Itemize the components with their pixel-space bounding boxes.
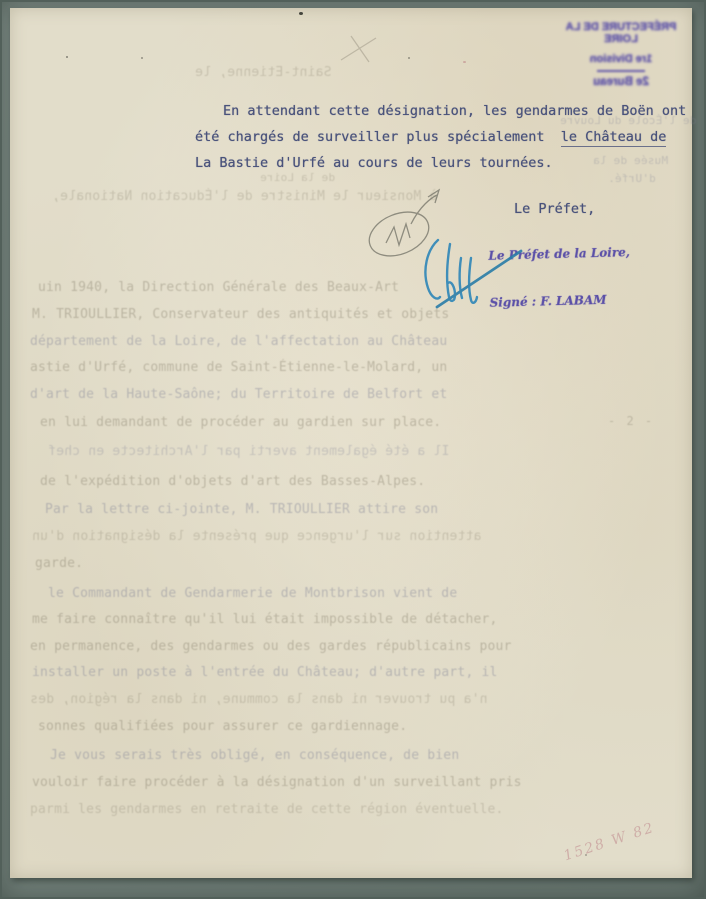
bleedthrough-line: Je vous serais très obligé, en conséquen… (50, 748, 459, 763)
bleedthrough-line: uin 1940, la Direction Générale des Beau… (38, 280, 399, 295)
bleedthrough-line: n'a pu trouver ni dans la commune, ni da… (30, 692, 488, 707)
bleedthrough-line: vouloir faire procéder à la désignation … (32, 775, 522, 790)
bleedthrough-line: installer un poste à l'entrée du Château… (32, 665, 498, 680)
bleedthrough-line: Par la lettre ci-jointe, M. TRIOULLIER a… (45, 502, 438, 517)
bleedthrough-line: Il a été également averti par l'Architec… (48, 444, 449, 459)
salutation-bleedthrough-1: de la Loire (260, 171, 335, 184)
dust-speck (299, 12, 303, 15)
bleedthrough-line: en lui demandant de procéder au gardien … (40, 415, 441, 430)
dust-speck (66, 56, 68, 58)
body-line: La Bastie d'Urfé au cours de leurs tourn… (195, 155, 553, 171)
body-line: En attendant cette désignation, les gend… (223, 103, 686, 119)
bleedthrough-line: le Commandant de Gendarmerie de Montbris… (48, 586, 457, 601)
body-line2-underlined: le Château de (561, 129, 667, 147)
page-number-marker: - 2 - (608, 414, 654, 428)
bleedthrough-line: d'art de la Haute-Saône; du Territoire d… (30, 387, 447, 402)
prefet-stamp-line2: Signé : F. LABAM (489, 292, 631, 311)
dust-speck (141, 57, 143, 59)
bleedthrough-line: garde. (35, 556, 83, 571)
archive-reference-number: 1528 W 82 (562, 820, 657, 864)
dust-speck (463, 61, 466, 63)
corner-stamp-rule (597, 70, 645, 72)
bleedthrough-line: me faire connaître qu'il lui était impos… (32, 612, 498, 627)
body-line: été chargés de surveiller plus spécialem… (195, 129, 666, 145)
bleedthrough-line: M. TRIOULLIER, Conservateur des antiquit… (32, 307, 449, 322)
bleedthrough-line: en permanence, des gendarmes ou des gard… (30, 639, 512, 654)
prefet-stamp-line1: Le Préfet de la Loire, (488, 245, 630, 264)
corner-stamp-line1: PRÉFECTURE DE LA LOIRE (550, 21, 692, 45)
bleedthrough-line: attention sur l'urgence que présente la … (32, 529, 482, 544)
dust-speck (408, 57, 410, 59)
bleedthrough-line: sonnes qualifiées pour assurer ce gardie… (38, 719, 407, 734)
salutation-bleedthrough-2: à Monsieur le Ministre de l'Éducation Na… (52, 189, 437, 204)
corner-stamp-line3: 2e Bureau (550, 76, 692, 88)
bleedthrough-line: astie d'Urfé, commune de Saint-Étienne-l… (30, 360, 447, 375)
corner-stamp-line2: 1re Division (550, 53, 692, 65)
dust-speck (585, 854, 587, 856)
bleedthrough-line: de l'expédition d'objets d'art des Basse… (40, 474, 425, 489)
body-line2-text: été chargés de surveiller plus spécialem… (195, 129, 561, 145)
dateline-bleedthrough: Saint-Etienne, le (195, 65, 331, 80)
margin-note-bleedthrough: d'Urfé. (608, 172, 656, 185)
paper-sheet: PRÉFECTURE DE LA LOIRE 1re Division 2e B… (10, 8, 692, 878)
prefecture-corner-stamp: PRÉFECTURE DE LA LOIRE 1re Division 2e B… (550, 21, 692, 88)
margin-note-bleedthrough: Musée de la (593, 154, 668, 167)
scanned-letter-page: PRÉFECTURE DE LA LOIRE 1re Division 2e B… (0, 0, 706, 899)
bleedthrough-line: parmi les gendarmes en retraite de cette… (30, 802, 504, 817)
bleedthrough-line: département de la Loire, de l'affectatio… (30, 334, 447, 349)
prefet-signature-stamp: Le Préfet de la Loire, Signé : F. LABAM (487, 214, 632, 342)
